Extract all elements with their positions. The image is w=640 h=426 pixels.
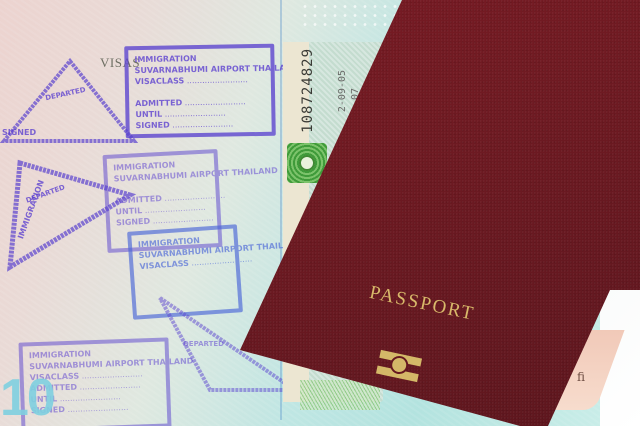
stamp-line: VISACLASS (135, 74, 265, 87)
visa-serial-number: 108724829 (300, 48, 316, 133)
triangle-stamp-signed-label: SIGNED (2, 128, 36, 137)
passport-photo-scene: VISAS IMMIGRATION SUVARNABHUMI AIRPORT T… (0, 0, 640, 426)
visa-emblem-core (299, 155, 315, 171)
underlying-page-mark: fi (577, 370, 585, 384)
triangle-stamp-departed-label: DEPARTED (183, 340, 224, 348)
stamp-line: SIGNED (135, 118, 265, 131)
visa-issue-date: 2-09-05 (337, 70, 348, 112)
page-number: 10 (0, 368, 54, 426)
immigration-stamp-admitted: IMMIGRATION SUVARNABHUMI AIRPORT THAILAN… (124, 44, 276, 139)
